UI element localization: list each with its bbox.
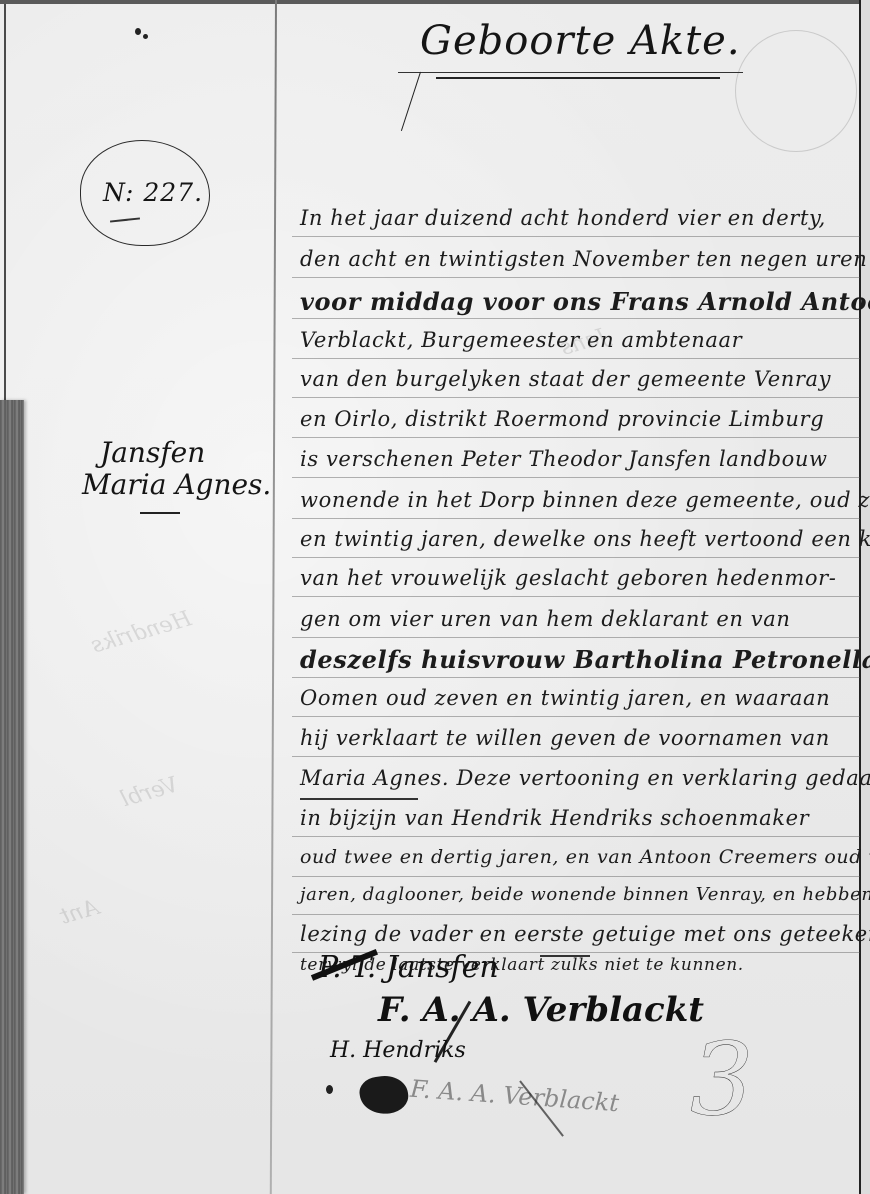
name-underline (300, 798, 418, 800)
ruled-line (292, 437, 860, 438)
body-line-7: is verschenen Peter Theodor Jansfen land… (300, 447, 860, 471)
body-line-11: gen om vier uren van hem deklarant en va… (300, 607, 860, 631)
signature-father: P. T. Jansfen (318, 950, 499, 985)
right-page-edge (861, 0, 870, 1194)
body-line-18: jaren, daglooner, beide wonende binnen V… (300, 884, 860, 905)
body-line-1: In het jaar duizend acht honderd vier en… (300, 206, 860, 230)
body-line-8: wonende in het Dorp binnen deze gemeente… (300, 488, 860, 512)
signature-tail (540, 955, 590, 957)
ruled-line (292, 518, 860, 519)
margin-given-names: Maria Agnes. (82, 468, 271, 501)
show-through-text: Verbl (118, 772, 181, 812)
embossed-seal (735, 30, 857, 152)
book-binding-edge (0, 400, 24, 1194)
ruled-line (292, 677, 860, 678)
register-page: Jans Hendriks Verbl Ant Geboorte Akte. N… (0, 0, 870, 1194)
title-flourish (401, 72, 421, 131)
ruled-line (292, 876, 860, 877)
body-line-17: oud twee en dertig jaren, en van Antoon … (300, 846, 860, 868)
body-line-16: in bijzijn van Hendrik Hendriks schoenma… (300, 806, 860, 830)
body-line-13: Oomen oud zeven en twintig jaren, en waa… (300, 686, 860, 710)
body-line-4: Verblackt, Burgemeester en ambtenaar (300, 328, 860, 352)
body-line-2: den acht en twintigsten November ten neg… (300, 247, 860, 271)
ruled-line (292, 637, 860, 638)
body-line-6: en Oirlo, distrikt Roermond provincie Li… (300, 407, 860, 431)
page-mark-flourish: 3 (690, 1030, 754, 1130)
body-line-5: van den burgelyken staat der gemeente Ve… (300, 367, 860, 391)
ink-blot (358, 1073, 411, 1117)
page-top-edge (0, 0, 870, 4)
title-double-underline (436, 77, 720, 79)
record-number: N: 227. (103, 178, 203, 207)
body-line-12: deszelfs huisvrouw Bartholina Petronella (300, 645, 860, 674)
show-through-text: Ant (57, 895, 101, 930)
margin-rule (270, 0, 277, 1194)
ink-speck (143, 34, 148, 39)
ruled-line (292, 358, 860, 359)
signature-witness: H. Hendriks (330, 1038, 466, 1063)
page-frame-left (4, 4, 6, 404)
ink-dot (326, 1085, 333, 1094)
ruled-line (292, 397, 860, 398)
document-title: Geboorte Akte. (420, 18, 741, 64)
ruled-line (292, 236, 860, 237)
ruled-line (292, 756, 860, 757)
ruled-line (292, 318, 860, 319)
ink-speck (135, 28, 141, 35)
signature-mayor: F. A. A. Verblackt (378, 990, 704, 1030)
title-underline (398, 72, 743, 73)
ruled-line (292, 596, 860, 597)
ruled-line (292, 914, 860, 915)
ruled-line (292, 557, 860, 558)
margin-underline (140, 512, 180, 514)
smudged-signature: F. A. A. Verblackt (409, 1075, 620, 1118)
margin-surname: Jansfen (100, 436, 205, 469)
body-line-15: Maria Agnes. Deze vertooning en verklari… (300, 766, 860, 790)
show-through-text: Hendriks (89, 606, 195, 658)
ruled-line (292, 277, 860, 278)
body-line-9: en twintig jaren, dewelke ons heeft vert… (300, 527, 860, 551)
ruled-line (292, 477, 860, 478)
ruled-line (292, 836, 860, 837)
ruled-line (292, 716, 860, 717)
body-line-10: van het vrouwelijk geslacht geboren hede… (300, 566, 860, 590)
body-line-14: hij verklaart te willen geven de voornam… (300, 726, 860, 750)
body-line-19: lezing de vader en eerste getuige met on… (300, 922, 860, 946)
body-line-3: voor middag voor ons Frans Arnold Antoon (300, 287, 860, 316)
